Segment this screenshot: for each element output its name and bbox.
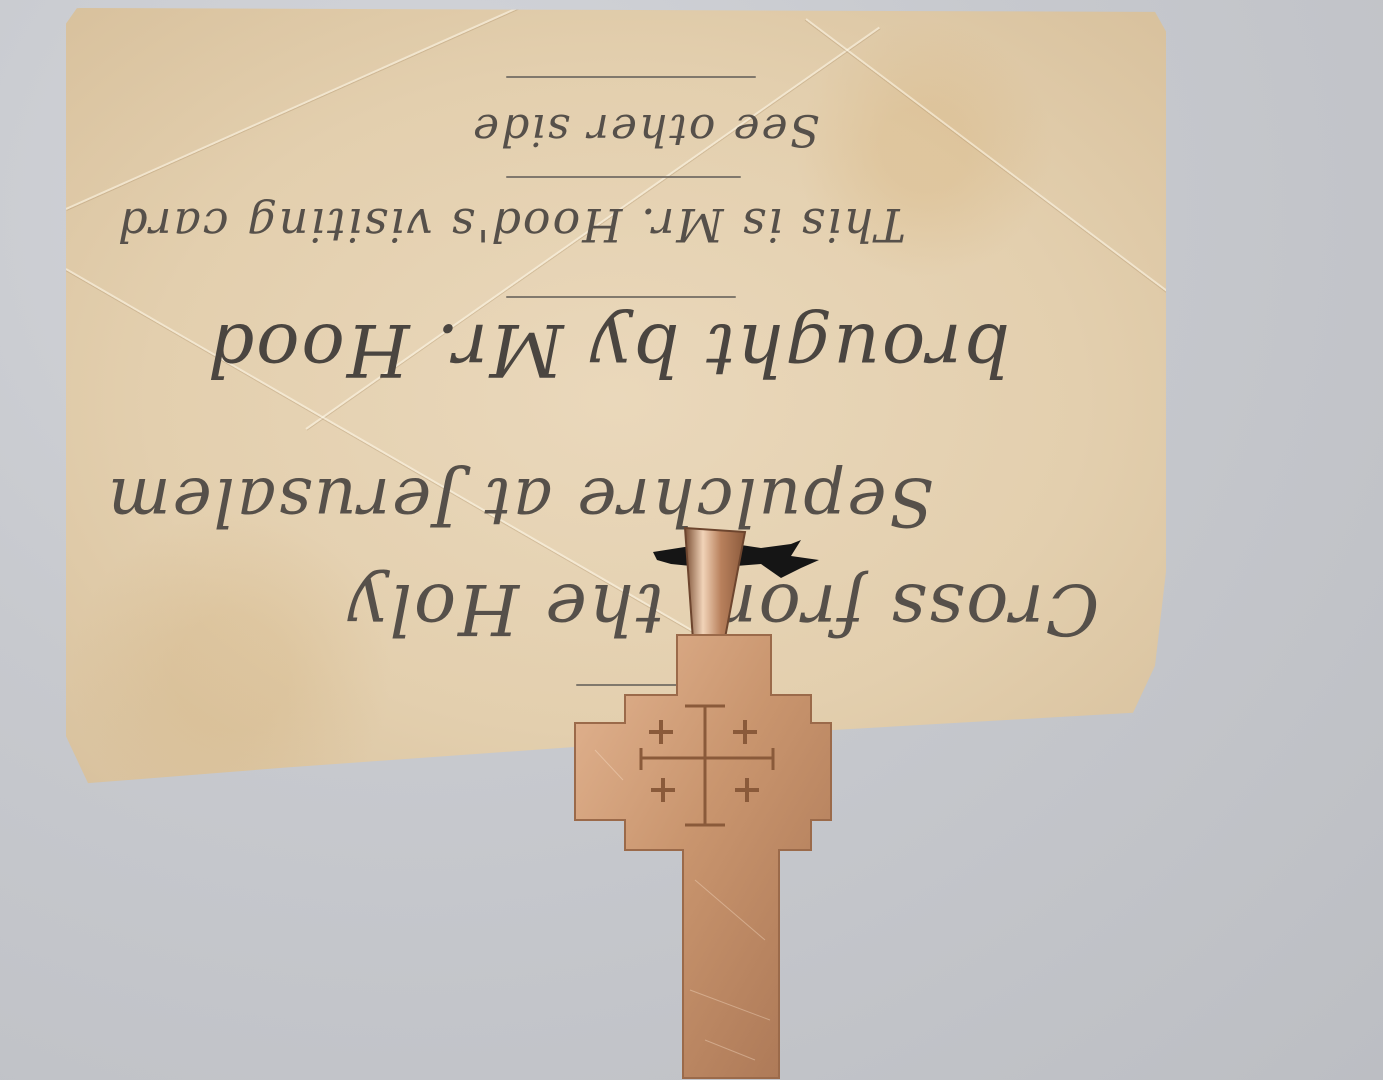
handwriting-line-visiting-card: This is Mr. Hood's visiting card <box>116 198 906 252</box>
photo-scene: See other side This is Mr. Hood's visiti… <box>0 0 1383 1080</box>
ink-underline <box>506 176 741 178</box>
handwriting-line-see-other-side: See other side <box>471 104 820 155</box>
handwriting-line-brought-by: brought by Mr. Hood <box>206 308 1010 392</box>
ink-underline <box>506 76 756 78</box>
ink-underline <box>506 296 736 298</box>
card-fold-line <box>805 18 1253 357</box>
cross-body <box>575 635 831 1078</box>
gold-cross-pendant <box>565 520 845 1080</box>
pendant-bail <box>685 528 745 640</box>
